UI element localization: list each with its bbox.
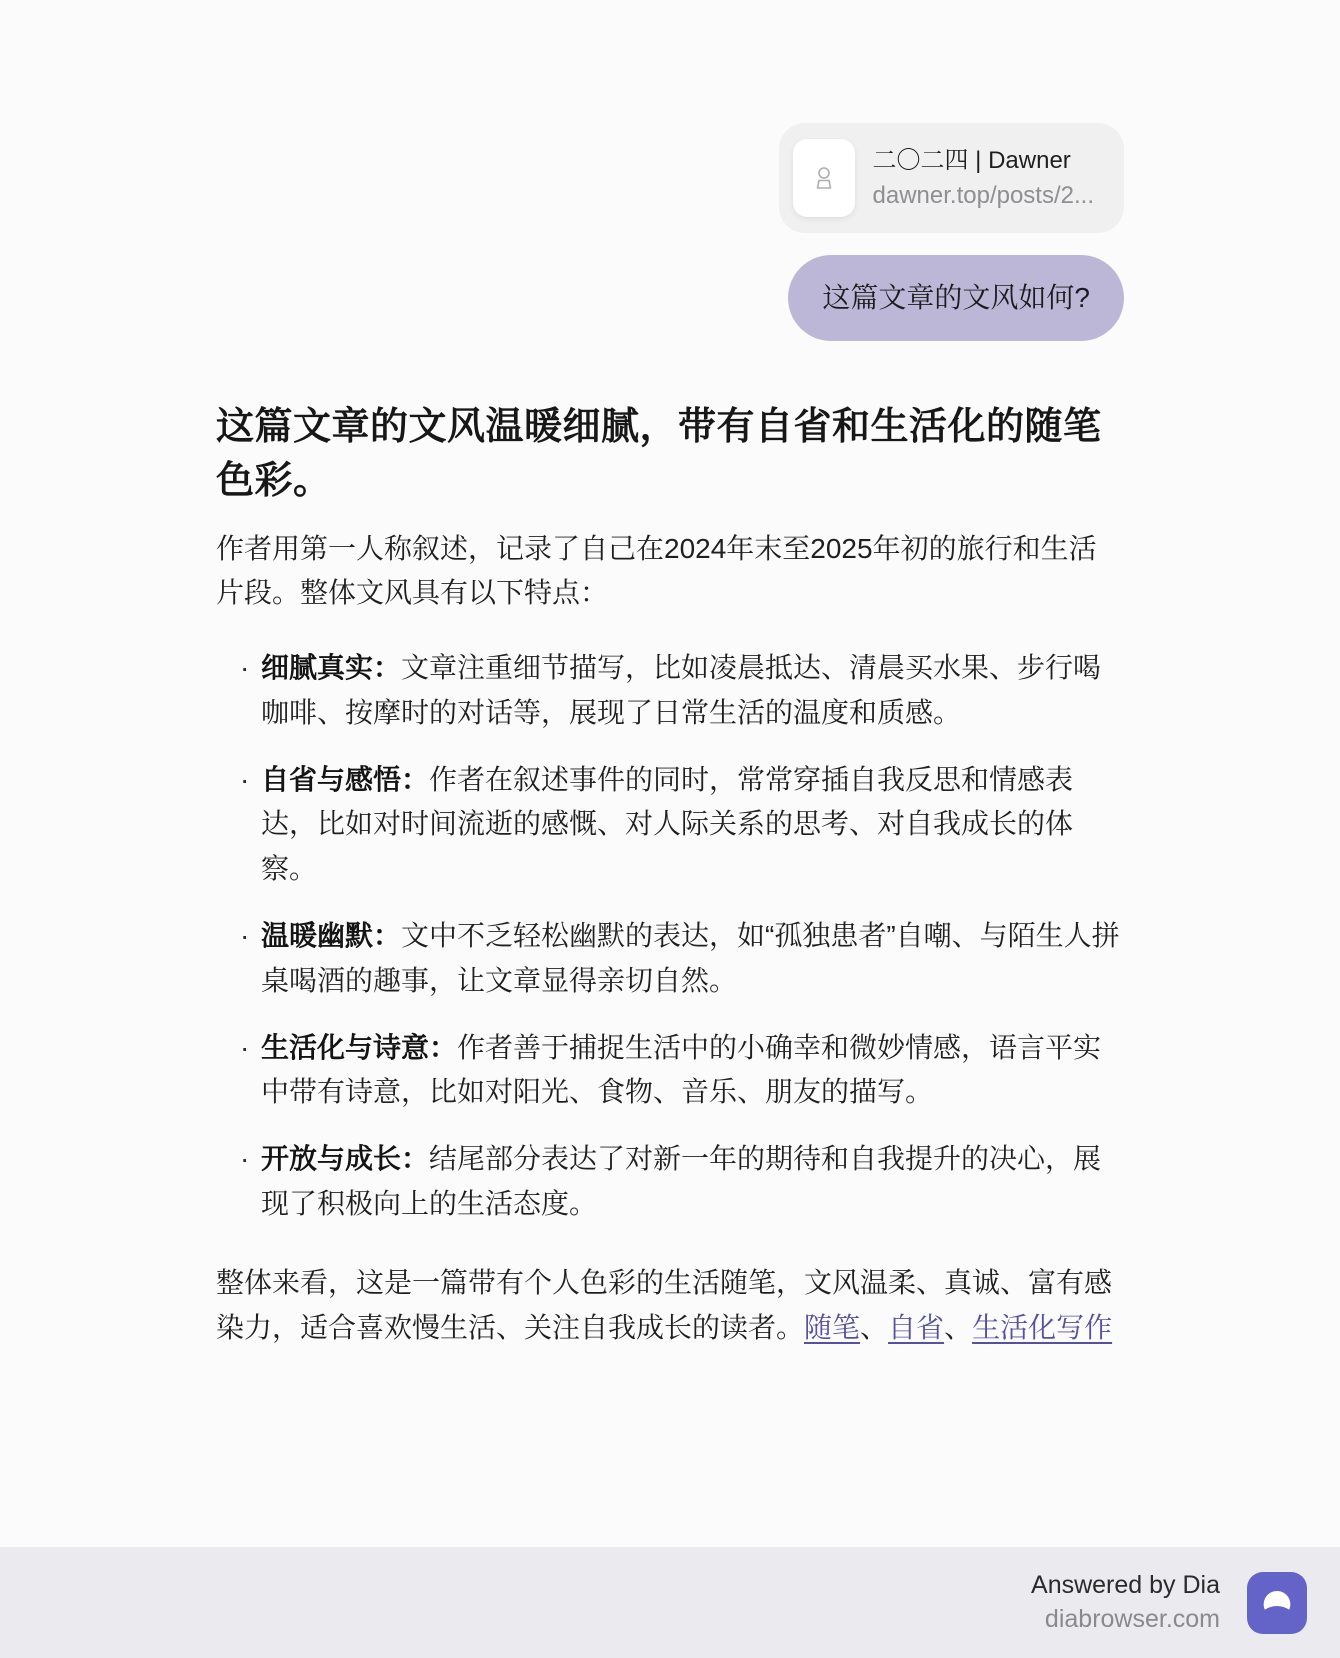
bullet-item: 细腻真实：文章注重细节描写，比如凌晨抵达、清晨买水果、步行喝咖啡、按摩时的对话等… (240, 646, 1124, 736)
source-card-text: 二〇二四 | Dawner dawner.top/posts/2... (873, 145, 1094, 210)
dia-logo-icon (1247, 1572, 1307, 1634)
answered-by-label: Answered by Dia (1031, 1570, 1220, 1601)
source-thumbnail (793, 139, 855, 217)
tag-links: 随笔、自省、生活化写作 (804, 1312, 1112, 1343)
tag-link[interactable]: 生活化写作 (972, 1312, 1112, 1343)
tag-separator: 、 (860, 1312, 888, 1343)
tag-link[interactable]: 自省 (888, 1312, 944, 1343)
source-card[interactable]: 二〇二四 | Dawner dawner.top/posts/2... (779, 123, 1124, 233)
footer-text: Answered by Dia diabrowser.com (1031, 1570, 1220, 1635)
bullet-list: 细腻真实：文章注重细节描写，比如凌晨抵达、清晨买水果、步行喝咖啡、按摩时的对话等… (216, 646, 1124, 1227)
tag-separator: 、 (944, 1312, 972, 1343)
dia-logo-glyph (1257, 1583, 1297, 1623)
answer-intro: 作者用第一人称叙述，记录了自己在2024年末至2025年初的旅行和生活片段。整体… (216, 527, 1124, 617)
diabrowser-url: diabrowser.com (1031, 1604, 1220, 1635)
source-title: 二〇二四 | Dawner (873, 145, 1094, 176)
bullet-label: 温暖幽默： (261, 920, 401, 951)
user-message-bubble: 这篇文章的文风如何? (788, 255, 1124, 341)
bullet-label: 细腻真实： (261, 652, 401, 683)
answer-outro: 整体来看，这是一篇带有个人色彩的生活随笔，文风温柔、真诚、富有感染力，适合喜欢慢… (216, 1261, 1124, 1351)
source-url: dawner.top/posts/2... (873, 180, 1094, 211)
bullet-item: 自省与感悟：作者在叙述事件的同时，常常穿插自我反思和情感表达，比如对时间流逝的感… (240, 758, 1124, 892)
person-placeholder-icon (807, 161, 841, 195)
bullet-label: 开放与成长： (261, 1143, 429, 1174)
bullet-label: 生活化与诗意： (261, 1032, 457, 1063)
content-column: 二〇二四 | Dawner dawner.top/posts/2... 这篇文章… (216, 0, 1124, 1350)
footer-bar: Answered by Dia diabrowser.com (0, 1547, 1340, 1658)
bullet-item: 温暖幽默：文中不乏轻松幽默的表达，如“孤独患者”自嘲、与陌生人拼桌喝酒的趣事，让… (240, 914, 1124, 1004)
tag-link[interactable]: 随笔 (804, 1312, 860, 1343)
bullet-label: 自省与感悟： (261, 764, 429, 795)
answer-heading: 这篇文章的文风温暖细腻，带有自省和生活化的随笔色彩。 (216, 401, 1124, 509)
bullet-item: 开放与成长：结尾部分表达了对新一年的期待和自我提升的决心，展现了积极向上的生活态… (240, 1137, 1124, 1227)
bullet-item: 生活化与诗意：作者善于捕捉生活中的小确幸和微妙情感，语言平实中带有诗意，比如对阳… (240, 1026, 1124, 1116)
dia-answer-page: 二〇二四 | Dawner dawner.top/posts/2... 这篇文章… (0, 0, 1340, 1658)
